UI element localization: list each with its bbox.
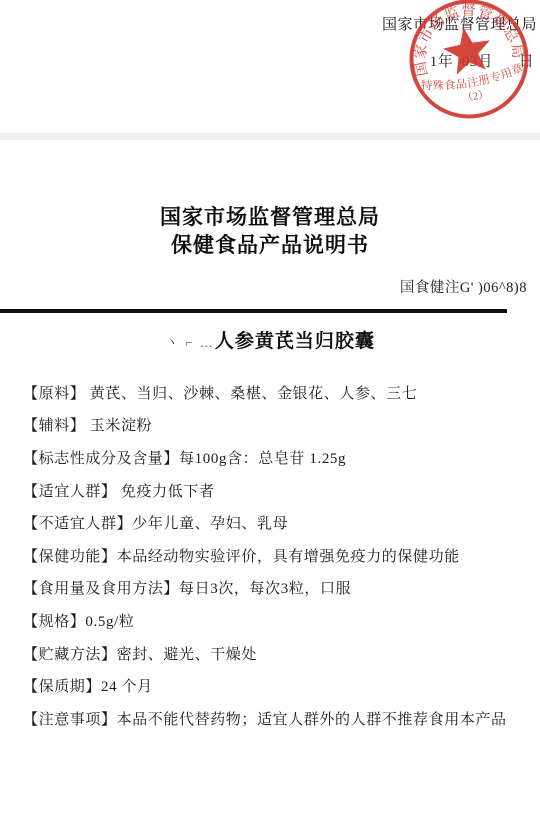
spec-label: 【不适宜人群】 xyxy=(23,512,132,533)
spec-label: 【食用量及食用方法】 xyxy=(23,577,179,598)
spec-list: 【原料】 黄芪、当归、沙棘、桑椹、金银花、人参、三七 【辅料】 玉米淀粉 【标志… xyxy=(23,376,526,735)
spec-row-shelf-life: 【保质期】24 个月 xyxy=(23,669,526,702)
spec-value: 密封、避光、干燥处 xyxy=(117,643,257,664)
product-name: 人参黄芪当归胶囊 xyxy=(215,331,375,352)
spec-row-excipients: 【辅料】 玉米淀粉 xyxy=(23,409,526,442)
spec-row-marker-components: 【标志性成分及含量】每100g含：总皂苷 1.25g xyxy=(23,441,526,474)
document-title: 国家市场监督管理总局 保健食品产品说明书 xyxy=(0,203,540,259)
spec-value: 24 个月 xyxy=(101,675,153,696)
spec-label: 【保健功能】 xyxy=(23,545,117,566)
spec-row-specification: 【规格】0.5g/粒 xyxy=(23,604,526,637)
spec-value: 黄芪、当归、沙棘、桑椹、金银花、人参、三七 xyxy=(85,382,417,403)
spec-row-storage: 【贮藏方法】密封、避光、干燥处 xyxy=(23,637,526,670)
divider-rule xyxy=(0,309,507,313)
spec-value: 少年儿童、孕妇、乳母 xyxy=(132,512,288,533)
spec-label: 【注意事项】 xyxy=(23,708,117,729)
star-icon xyxy=(440,23,495,76)
official-seal-stamp: 国家市场监督管理总局 特殊食品注册专用章 （2） xyxy=(398,0,540,130)
spec-row-raw-materials: 【原料】 黄芪、当归、沙棘、桑椹、金银花、人参、三七 xyxy=(23,376,526,409)
spec-label: 【适宜人群】 xyxy=(23,480,117,501)
spec-value: 每100g含：总皂苷 1.25g xyxy=(179,447,346,468)
spec-row-unsuitable-group: 【不适宜人群】少年儿童、孕妇、乳母 xyxy=(23,506,526,539)
spec-label: 【规格】 xyxy=(23,610,85,631)
spec-row-dosage: 【食用量及食用方法】每日3次，每次3粒，口服 xyxy=(23,572,526,605)
spec-row-precautions: 【注意事项】本品不能代替药物；适宜人群外的人群不推荐食用本产品 xyxy=(23,702,526,735)
spec-label: 【标志性成分及含量】 xyxy=(23,447,179,468)
redaction-mark: 丶 ⌐ … xyxy=(165,335,215,350)
spec-row-suitable-group: 【适宜人群】 免疫力低下者 xyxy=(23,474,526,507)
registration-number: 国食健注G' )06^8)8 xyxy=(400,276,527,297)
spec-value: 玉米淀粉 xyxy=(85,414,152,435)
spec-label: 【保质期】 xyxy=(23,675,101,696)
seal-svg: 国家市场监督管理总局 特殊食品注册专用章 （2） xyxy=(398,0,540,130)
spec-value: 0.5g/粒 xyxy=(85,610,134,631)
spec-label: 【贮藏方法】 xyxy=(23,643,117,664)
seal-index-number: （2） xyxy=(462,88,490,104)
spec-value: 免疫力低下者 xyxy=(117,480,215,501)
document-page: 国家市场监督管理总局 ． 1年 03月 日 国家市场监督管理总局 特殊食品注册专… xyxy=(0,0,540,834)
title-line-1: 国家市场监督管理总局 xyxy=(0,203,540,231)
spec-value: 本品不能代替药物；适宜人群外的人群不推荐食用本产品 xyxy=(117,708,507,729)
spec-label: 【原料】 xyxy=(23,382,85,403)
spec-label: 【辅料】 xyxy=(23,414,85,435)
spec-value: 本品经动物实验评价，具有增强免疫力的保健功能 xyxy=(117,545,460,566)
scan-fold-line xyxy=(0,133,540,140)
product-title: 丶 ⌐ …人参黄芪当归胶囊 xyxy=(0,326,540,353)
title-line-2: 保健食品产品说明书 xyxy=(0,231,540,259)
spec-value: 每日3次，每次3粒，口服 xyxy=(179,577,351,598)
spec-row-health-function: 【保健功能】本品经动物实验评价，具有增强免疫力的保健功能 xyxy=(23,539,526,572)
